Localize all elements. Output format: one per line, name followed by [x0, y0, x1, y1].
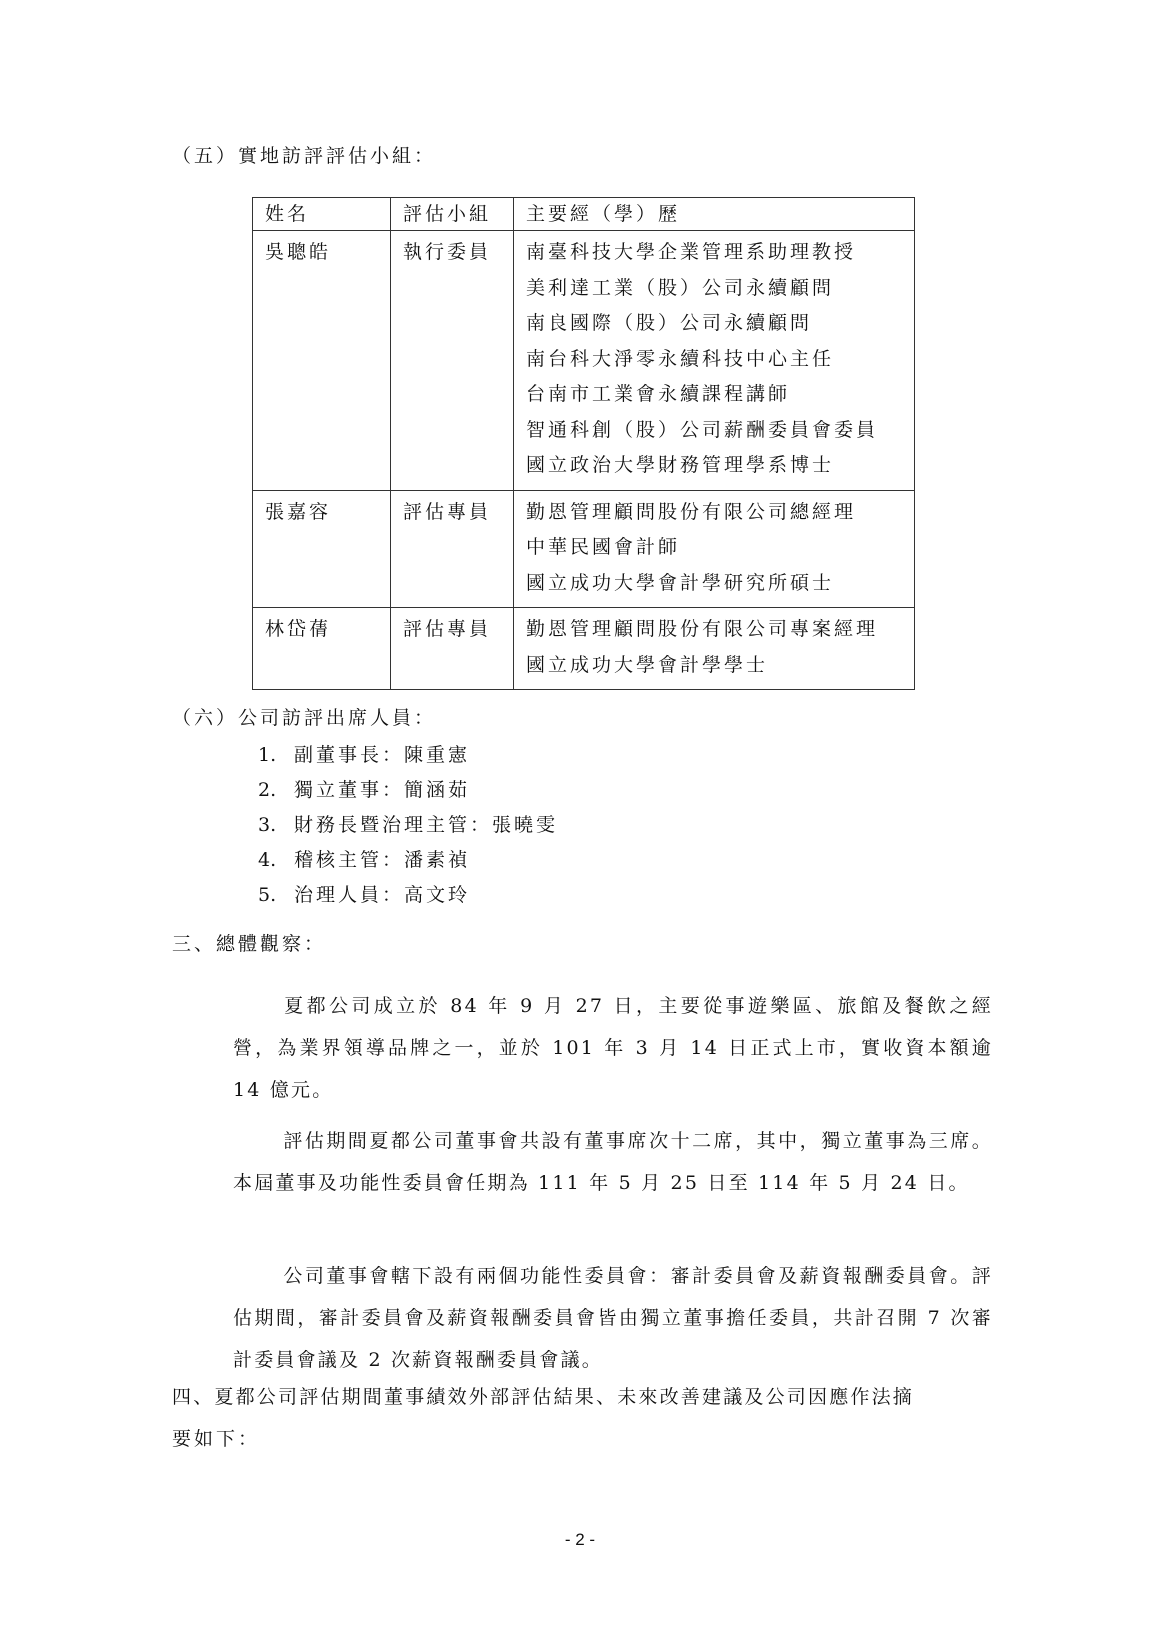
section-6-heading: （六）公司訪評出席人員： — [172, 706, 436, 730]
header-name: 姓名 — [253, 198, 391, 231]
attendee-list: 1.副董事長：陳重憲 2.獨立董事：簡涵茹 3.財務長暨治理主管：張曉雯 4.稽… — [258, 738, 558, 913]
table-row: 張嘉容 評估專員 勤恩管理顧問股份有限公司總經理 中華民國會計師 國立成功大學會… — [253, 490, 915, 608]
cell-role: 評估專員 — [391, 490, 514, 608]
section-3-heading: 三、總體觀察： — [172, 932, 326, 956]
page-number: - 2 - — [0, 1530, 1160, 1550]
cell-name: 吳聰皓 — [253, 231, 391, 491]
overview-paragraph-1: 夏都公司成立於 84 年 9 月 27 日，主要從事遊樂區、旅館及餐飲之經營，為… — [233, 985, 993, 1111]
section-5-heading: （五）實地訪評評估小組： — [172, 144, 436, 168]
list-item: 3.財務長暨治理主管：張曉雯 — [258, 808, 558, 843]
header-role: 評估小組 — [391, 198, 514, 231]
experience-line: 智通科創（股）公司薪酬委員會委員 — [526, 413, 904, 449]
experience-line: 勤恩管理顧問股份有限公司總經理 — [526, 495, 904, 531]
experience-line: 國立政治大學財務管理學系博士 — [526, 448, 904, 484]
experience-line: 南良國際（股）公司永續顧問 — [526, 306, 904, 342]
section-4-heading-line-1: 四、夏都公司評估期間董事績效外部評估結果、未來改善建議及公司因應作法摘 — [172, 1385, 914, 1409]
experience-line: 南台科大淨零永續科技中心主任 — [526, 342, 904, 378]
cell-experience: 勤恩管理顧問股份有限公司總經理 中華民國會計師 國立成功大學會計學研究所碩士 — [514, 490, 915, 608]
experience-line: 國立成功大學會計學研究所碩士 — [526, 566, 904, 602]
cell-experience: 勤恩管理顧問股份有限公司專案經理 國立成功大學會計學學士 — [514, 608, 915, 690]
evaluation-panel-table: 姓名 評估小組 主要經（學）歷 吳聰皓 執行委員 南臺科技大學企業管理系助理教授… — [252, 197, 915, 690]
table-header-row: 姓名 評估小組 主要經（學）歷 — [253, 198, 915, 231]
experience-line: 國立成功大學會計學學士 — [526, 648, 904, 684]
list-item: 1.副董事長：陳重憲 — [258, 738, 558, 773]
section-4-heading-line-2: 要如下： — [172, 1427, 260, 1451]
list-item: 2.獨立董事：簡涵茹 — [258, 773, 558, 808]
list-item: 5.治理人員：高文玲 — [258, 878, 558, 913]
experience-line: 台南市工業會永續課程講師 — [526, 377, 904, 413]
header-experience: 主要經（學）歷 — [514, 198, 915, 231]
document-page: （五）實地訪評評估小組： 姓名 評估小組 主要經（學）歷 吳聰皓 執行委員 南臺… — [0, 0, 1160, 1640]
cell-role: 評估專員 — [391, 608, 514, 690]
experience-line: 勤恩管理顧問股份有限公司專案經理 — [526, 612, 904, 648]
cell-role: 執行委員 — [391, 231, 514, 491]
experience-line: 南臺科技大學企業管理系助理教授 — [526, 235, 904, 271]
overview-paragraph-2: 評估期間夏都公司董事會共設有董事席次十二席，其中，獨立董事為三席。本屆董事及功能… — [233, 1120, 993, 1204]
overview-paragraph-3: 公司董事會轄下設有兩個功能性委員會：審計委員會及薪資報酬委員會。評估期間，審計委… — [233, 1255, 993, 1381]
table-row: 林岱蒨 評估專員 勤恩管理顧問股份有限公司專案經理 國立成功大學會計學學士 — [253, 608, 915, 690]
list-item: 4.稽核主管：潘素禎 — [258, 843, 558, 878]
experience-line: 中華民國會計師 — [526, 530, 904, 566]
cell-experience: 南臺科技大學企業管理系助理教授 美利達工業（股）公司永續顧問 南良國際（股）公司… — [514, 231, 915, 491]
cell-name: 林岱蒨 — [253, 608, 391, 690]
cell-name: 張嘉容 — [253, 490, 391, 608]
table-row: 吳聰皓 執行委員 南臺科技大學企業管理系助理教授 美利達工業（股）公司永續顧問 … — [253, 231, 915, 491]
experience-line: 美利達工業（股）公司永續顧問 — [526, 271, 904, 307]
